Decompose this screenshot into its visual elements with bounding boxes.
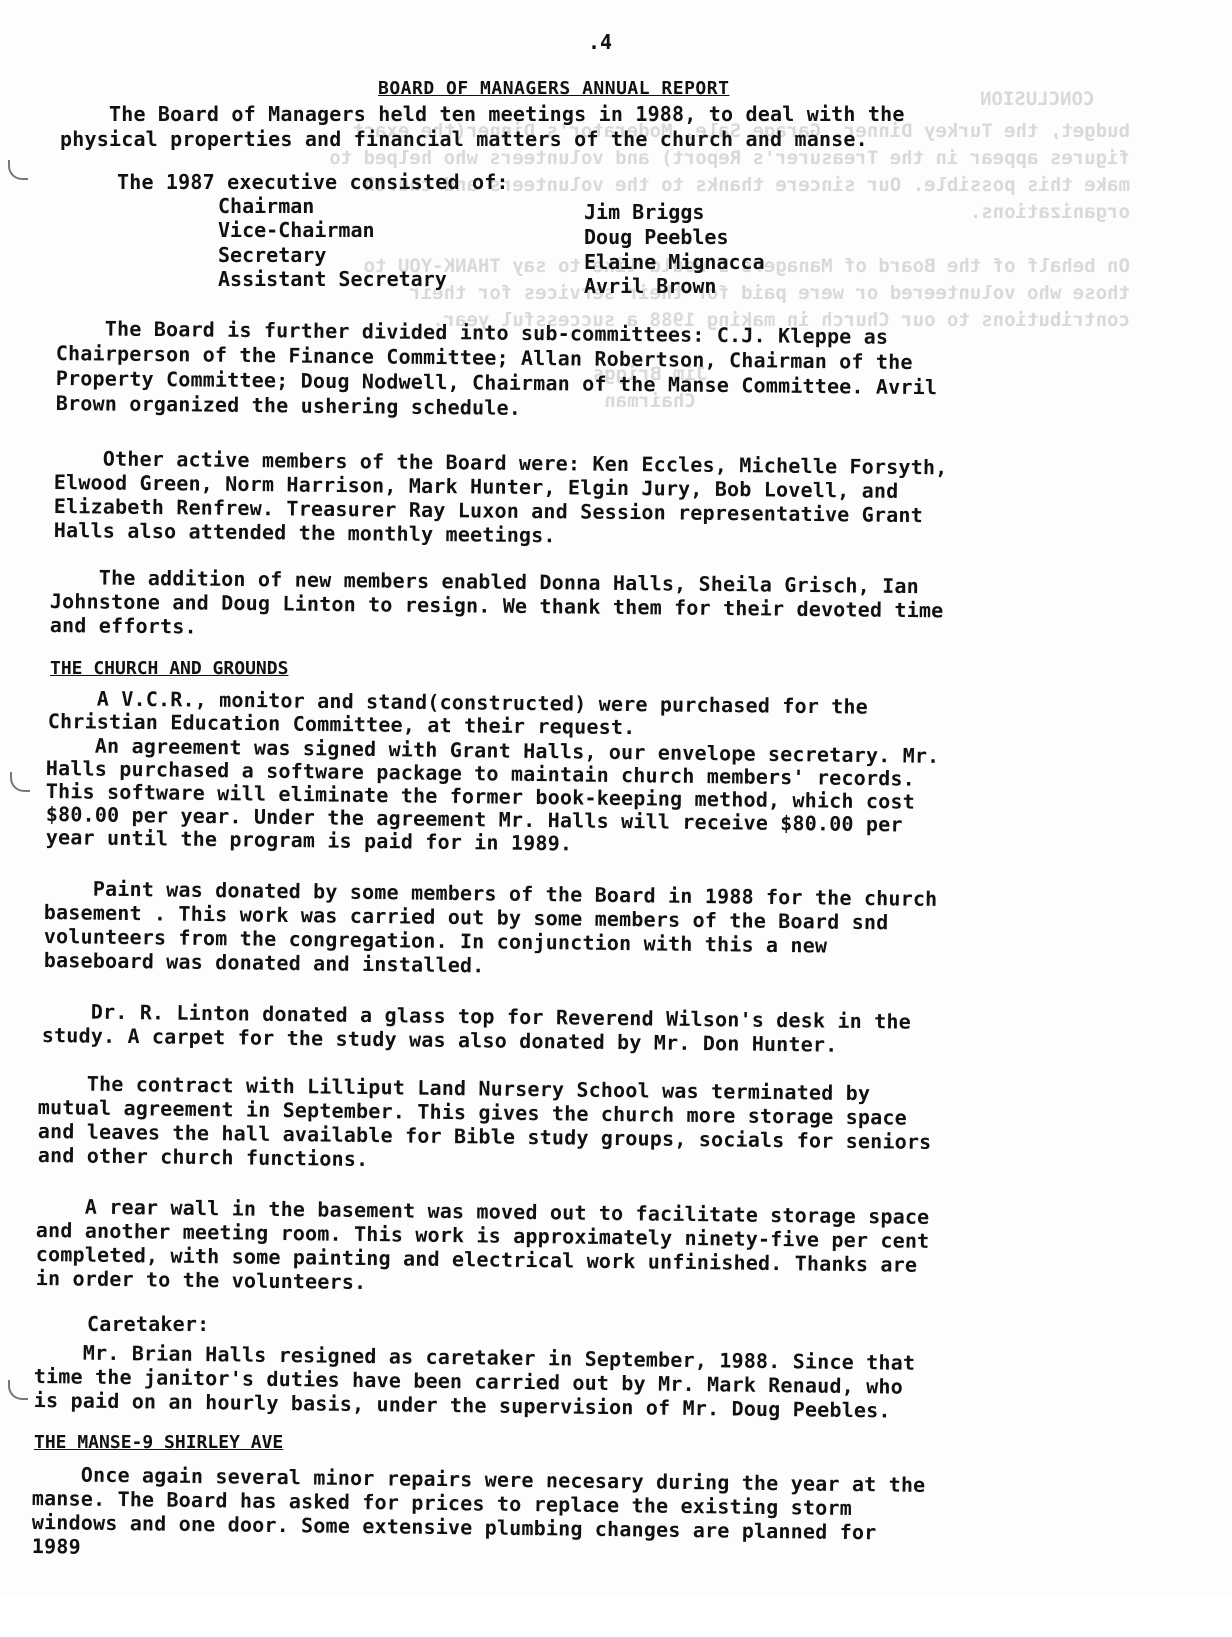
subcommittees-line: Brown organized the ushering schedule. <box>56 391 521 420</box>
executive-role: Assistant Secretary <box>218 267 447 291</box>
section-heading-church-grounds: THE CHURCH AND GROUNDS <box>50 658 288 679</box>
page-number: .4 <box>588 30 612 54</box>
caretaker-heading: Caretaker: <box>38 1312 209 1336</box>
bleed-through-heading: CONCLUSION <box>980 86 1094 113</box>
executive-role: Vice-Chairman <box>218 218 375 242</box>
page-title: BOARD OF MANAGERS ANNUAL REPORT <box>378 78 729 99</box>
executive-name: Elaine Mignacca <box>584 250 765 274</box>
executive-role: Secretary <box>218 243 326 267</box>
scanned-page: CONCLUSION budget, the Turkey Dinner, Ga… <box>0 0 1232 1595</box>
page-bottom-margin <box>0 1595 1232 1637</box>
other-members-line: Halls also attended the monthly meetings… <box>54 518 556 547</box>
margin-mark <box>8 1380 28 1400</box>
wall-line: in order to the volunteers. <box>36 1266 367 1294</box>
contract-line: and other church functions. <box>38 1143 369 1171</box>
new-members-line: and efforts. <box>50 613 197 639</box>
paint-line: baseboard was donated and installed. <box>44 948 485 977</box>
executive-name: Doug Peebles <box>584 225 729 249</box>
executive-name: Avril Brown <box>584 274 716 298</box>
agreement-line: year until the program is paid for in 19… <box>46 825 573 855</box>
margin-mark <box>8 160 28 180</box>
executive-name: Jim Briggs <box>584 200 704 224</box>
executive-role: Chairman <box>218 194 314 218</box>
section-heading-manse: THE MANSE-9 SHIRLEY AVE <box>34 1432 283 1453</box>
executive-intro: The 1987 executive consisted of: <box>68 170 509 194</box>
margin-mark <box>10 772 30 792</box>
intro-line: The Board of Managers held ten meetings … <box>60 102 905 126</box>
manse-line: 1989 <box>32 1534 81 1559</box>
intro-line: physical properties and financial matter… <box>60 127 868 151</box>
